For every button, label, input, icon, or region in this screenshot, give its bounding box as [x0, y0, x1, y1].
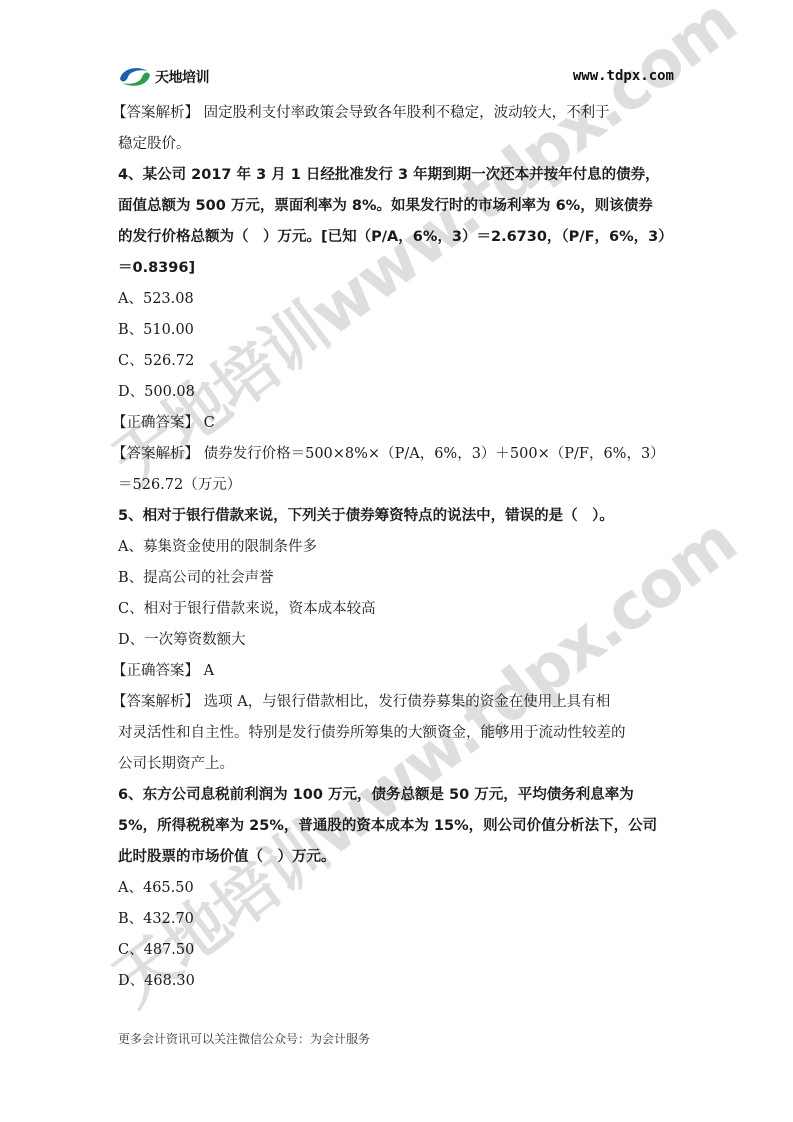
document-page: 天地培训www.tdpx.com 天地培训www.tdpx.com 天地培训 w… [0, 0, 793, 1122]
option-b: B、510.00 [118, 315, 680, 346]
page-header: 天地培训 www.tdpx.com [118, 64, 674, 90]
option-a: A、465.50 [118, 873, 680, 904]
logo-text: 天地培训 [155, 67, 209, 87]
question-stem: 6、东方公司息税前利润为 100 万元，债务总额是 50 万元，平均债务利息率为 [118, 780, 680, 811]
option-c: C、526.72 [118, 346, 680, 377]
explanation-line: 【答案解析】 债券发行价格＝500×8%×（P/A，6%，3）＋500×（P/F… [118, 439, 680, 470]
question-stem: 4、某公司 2017 年 3 月 1 日经批准发行 3 年期到期一次还本并按年付… [118, 160, 680, 191]
correct-answer-label: 【正确答案】 [112, 663, 199, 679]
option-b: B、432.70 [118, 904, 680, 935]
explanation-text: 固定股利支付率政策会导致各年股利不稳定，波动较大，不利于 [204, 105, 610, 121]
option-a: A、523.08 [118, 284, 680, 315]
document-body: 【答案解析】 固定股利支付率政策会导致各年股利不稳定，波动较大，不利于 稳定股价… [118, 98, 680, 997]
explanation-text: 债券发行价格＝500×8%×（P/A，6%，3）＋500×（P/F，6%，3） [204, 446, 665, 462]
explanation-line: 稳定股价。 [118, 129, 680, 160]
option-c: C、相对于银行借款来说，资本成本较高 [118, 594, 680, 625]
option-d: D、468.30 [118, 966, 680, 997]
correct-answer-label: 【正确答案】 [112, 415, 199, 431]
explanation-line: 公司长期资产上。 [118, 749, 680, 780]
question-stem: ＝0.8396] [118, 253, 680, 284]
explanation-line: ＝526.72（万元） [118, 470, 680, 501]
explanation-text: 选项 A，与银行借款相比，发行债券募集的资金在使用上具有相 [204, 694, 611, 710]
option-d: D、500.08 [118, 377, 680, 408]
option-d: D、一次筹资数额大 [118, 625, 680, 656]
explanation-label: 【答案解析】 [112, 446, 199, 462]
explanation-line: 【答案解析】 固定股利支付率政策会导致各年股利不稳定，波动较大，不利于 [118, 98, 680, 129]
site-url: www.tdpx.com [573, 68, 674, 84]
correct-answer-value: C [204, 415, 215, 431]
page-footer: 更多会计资讯可以关注微信公众号：为会计服务 [118, 1030, 370, 1047]
question-stem: 的发行价格总额为（ ）万元。[已知（P/A，6%，3）＝2.6730，（P/F，… [118, 222, 680, 253]
correct-answer-value: A [204, 663, 214, 679]
explanation-line: 【答案解析】 选项 A，与银行借款相比，发行债券募集的资金在使用上具有相 [118, 687, 680, 718]
explanation-label: 【答案解析】 [112, 105, 199, 121]
option-c: C、487.50 [118, 935, 680, 966]
question-stem: 面值总额为 500 万元，票面利率为 8%。如果发行时的市场利率为 6%，则该债… [118, 191, 680, 222]
option-b: B、提高公司的社会声誉 [118, 563, 680, 594]
logo: 天地培训 [118, 64, 209, 90]
question-stem: 5、相对于银行借款来说，下列关于债券筹资特点的说法中，错误的是（ ）。 [118, 501, 680, 532]
option-a: A、募集资金使用的限制条件多 [118, 532, 680, 563]
explanation-line: 对灵活性和自主性。特别是发行债券所筹集的大额资金，能够用于流动性较差的 [118, 718, 680, 749]
explanation-label: 【答案解析】 [112, 694, 199, 710]
question-stem: 此时股票的市场价值（ ）万元。 [118, 842, 680, 873]
correct-answer: 【正确答案】 A [118, 656, 680, 687]
correct-answer: 【正确答案】 C [118, 408, 680, 439]
question-stem: 5%，所得税税率为 25%，普通股的资本成本为 15%，则公司价值分析法下，公司 [118, 811, 680, 842]
tdpx-logo-icon [118, 65, 152, 89]
